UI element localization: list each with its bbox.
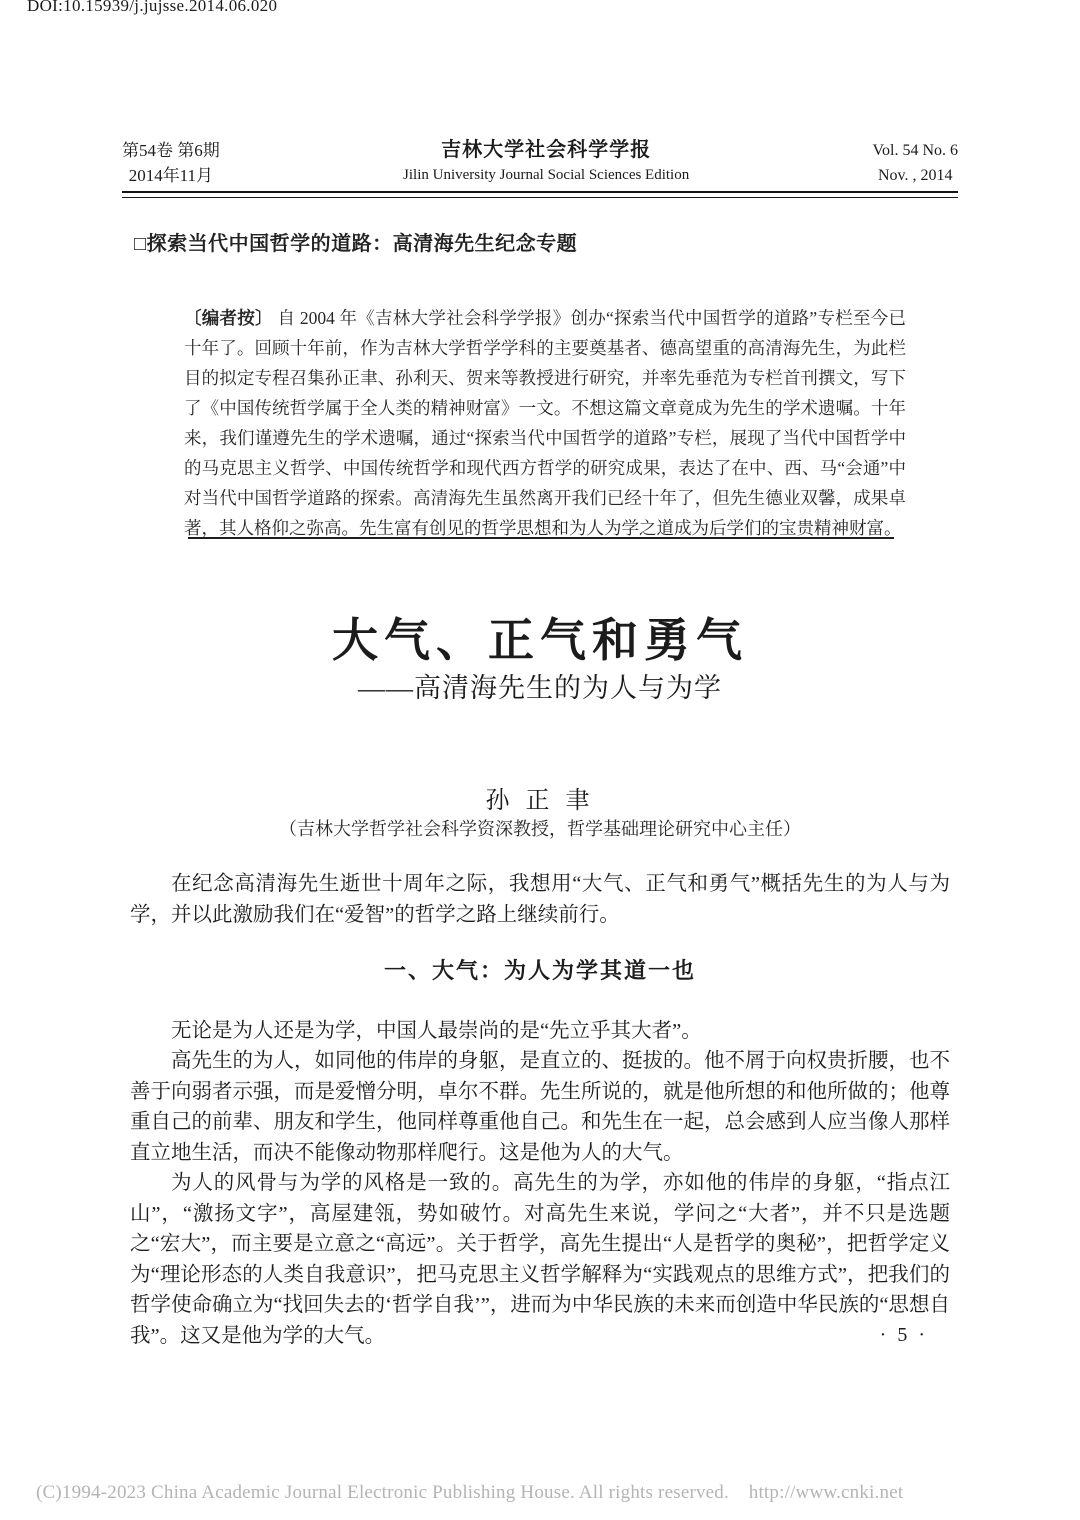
doi-line: DOI:10.15939/j.jujsse.2014.06.020: [27, 0, 277, 16]
date-en: Nov. , 2014: [873, 163, 959, 188]
header-journal-title: 吉林大学社会科学学报 Jilin University Journal Soci…: [220, 138, 873, 188]
editor-note-divider-rule: [188, 537, 894, 539]
volume-issue-en: Vol. 54 No. 6: [873, 138, 959, 163]
header-divider-rule: [122, 191, 958, 198]
body-paragraph: 无论是为人还是为学，中国人最崇尚的是“先立乎其大者”。: [130, 1016, 950, 1047]
article-body: 在纪念高清海先生逝世十周年之际，我想用“大气、正气和勇气”概括先生的为人与为学，…: [130, 869, 950, 1351]
section-heading: 一、大气：为人为学其道一也: [130, 956, 950, 987]
editor-note: 〔编者按〕 自 2004 年《吉林大学社会科学学报》创办“探索当代中国哲学的道路…: [184, 303, 906, 543]
square-marker-icon: □: [134, 233, 147, 255]
volume-issue-cn: 第54卷 第6期: [122, 138, 220, 163]
date-cn: 2014年11月: [122, 163, 220, 188]
header-volume-issue-en: Vol. 54 No. 6 Nov. , 2014: [873, 138, 959, 188]
editor-note-label: 〔编者按〕: [184, 308, 273, 328]
author-affiliation: （吉林大学哲学社会科学资深教授，哲学基础理论研究中心主任）: [0, 815, 1080, 841]
article-title: 大气、正气和勇气: [0, 604, 1080, 670]
body-paragraph: 高先生的为人，如同他的伟岸的身躯，是直立的、挺拔的。他不屑于向权贵折腰，也不善于…: [130, 1046, 950, 1168]
journal-title-cn: 吉林大学社会科学学报: [220, 138, 873, 163]
copyright-watermark: (C)1994-2023 China Academic Journal Elec…: [36, 1482, 903, 1504]
author-name: 孙 正 聿: [0, 780, 1080, 815]
special-column-banner: □探索当代中国哲学的道路：高清海先生纪念专题: [134, 227, 577, 256]
special-column-label: 探索当代中国哲学的道路：高清海先生纪念专题: [147, 233, 578, 255]
header-volume-issue-cn: 第54卷 第6期 2014年11月: [122, 138, 220, 188]
journal-header: 第54卷 第6期 2014年11月 吉林大学社会科学学报 Jilin Unive…: [122, 138, 958, 188]
body-paragraph: 为人的风骨与为学的风格是一致的。高先生的为学，亦如他的伟岸的身躯，“指点江山”，…: [130, 1168, 950, 1351]
intro-paragraph: 在纪念高清海先生逝世十周年之际，我想用“大气、正气和勇气”概括先生的为人与为学，…: [130, 869, 950, 930]
page-number: · 5 ·: [880, 1324, 928, 1347]
journal-title-en: Jilin University Journal Social Sciences…: [220, 163, 873, 188]
editor-note-text: 自 2004 年《吉林大学社会科学学报》创办“探索当代中国哲学的道路”专栏至今已…: [184, 308, 906, 538]
journal-page: DOI:10.15939/j.jujsse.2014.06.020 第54卷 第…: [0, 0, 1080, 1520]
article-subtitle: ——高清海先生的为人与为学: [0, 666, 1080, 705]
